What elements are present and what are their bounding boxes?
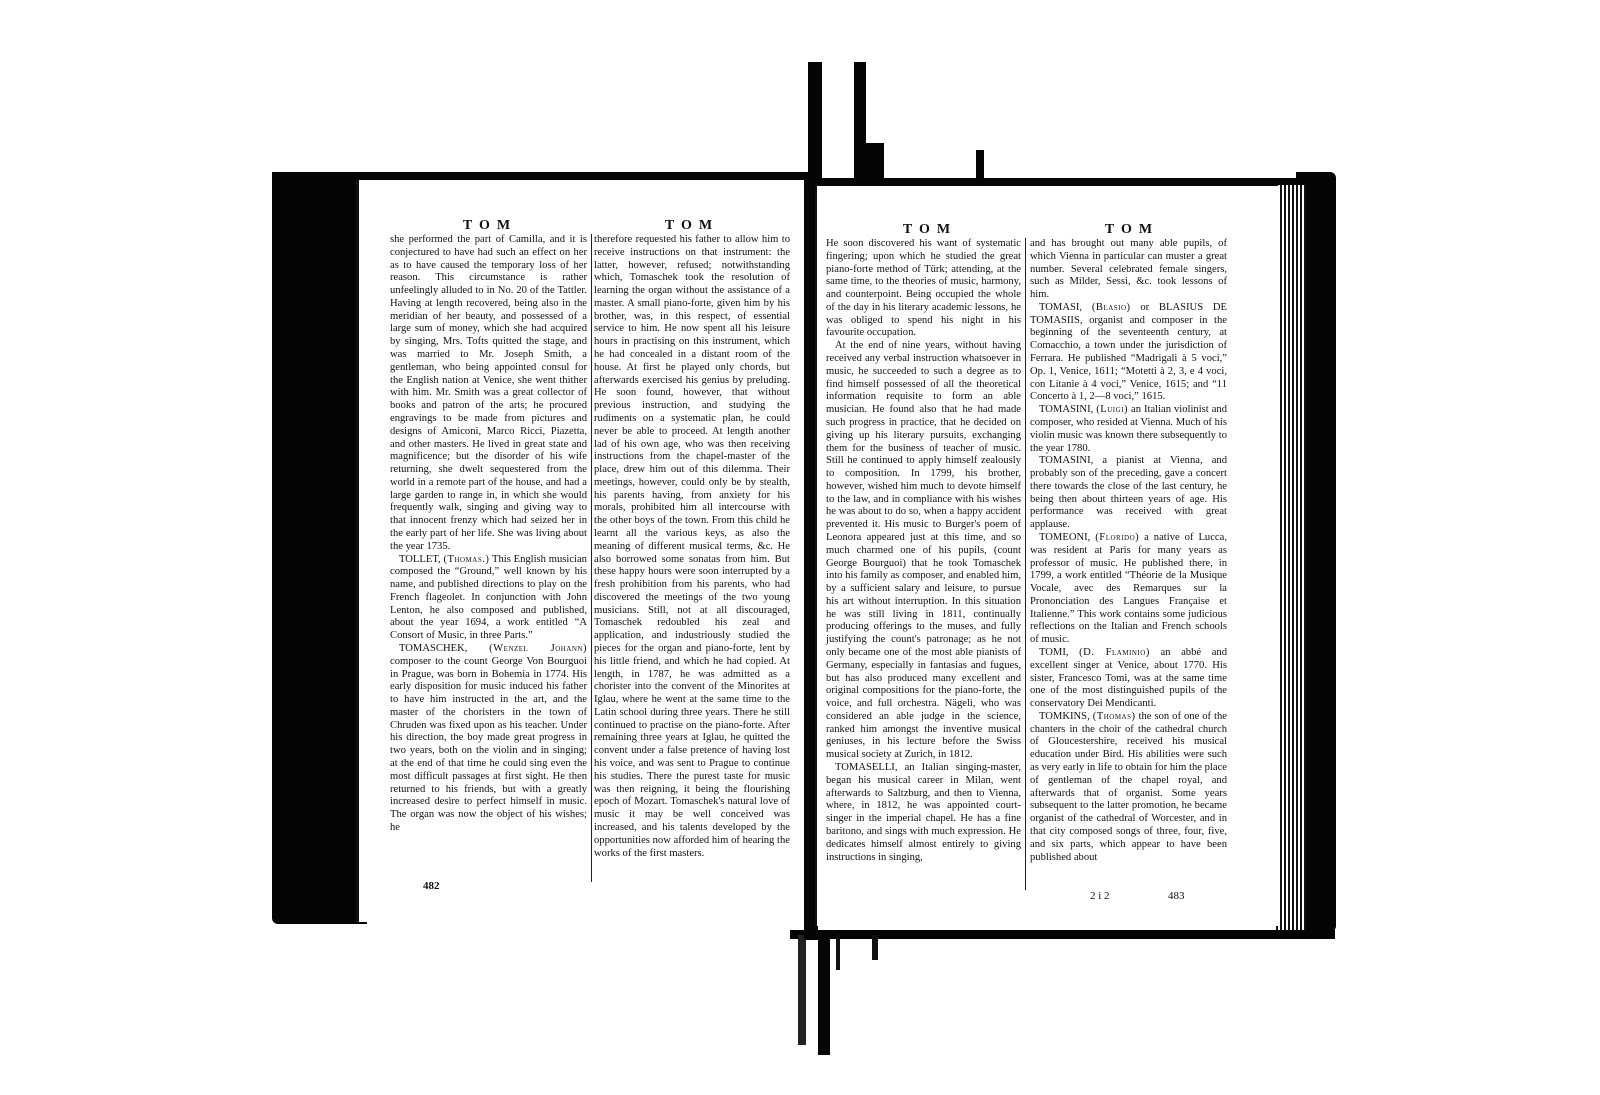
- scan-artifact: [798, 935, 806, 1045]
- book-top-edge-right: [808, 178, 1328, 186]
- paragraph: and has brought out many able pupils, of…: [1030, 238, 1227, 302]
- page-number-left: 482: [423, 880, 440, 892]
- dictionary-entry: TOMASI, (Blasio) or BLASIUS DE TOMASIIS,…: [1030, 302, 1227, 404]
- spine-edge: [854, 62, 866, 184]
- column-rule: [591, 234, 592, 882]
- dictionary-entry: TOLLET, (Thomas.) This English musician …: [390, 554, 587, 643]
- running-head: TOM: [880, 222, 980, 238]
- forename: (Thomas): [1093, 711, 1136, 722]
- headword: TOMASINI,: [1039, 404, 1093, 415]
- paragraph: she performed the part of Camilla, and i…: [390, 234, 587, 554]
- headword: TOMASCHEK,: [399, 643, 467, 654]
- entry-text: composer to the count George Von Bourguo…: [390, 656, 587, 833]
- running-head: TOM: [642, 218, 742, 234]
- running-head: TOM: [1082, 222, 1182, 238]
- scan-artifact: [872, 935, 878, 960]
- headword: TOLLET,: [399, 554, 441, 565]
- column-rule: [1025, 238, 1026, 890]
- signature-mark: 2 i 2: [1090, 890, 1110, 902]
- entry-text: a pianist at Vienna, and probably son of…: [1030, 455, 1227, 530]
- spine-edge: [866, 143, 884, 183]
- dictionary-entry: TOMKINS, (Thomas) the son of one of the …: [1030, 711, 1227, 864]
- headword: TOMI,: [1039, 647, 1069, 658]
- spine-edge: [808, 62, 822, 184]
- scan-artifact: [818, 935, 830, 1055]
- column-3: He soon discovered his want of systemati…: [826, 238, 1021, 864]
- entry-text: an Italian singing-master, began his mus…: [826, 762, 1021, 862]
- entry-text: a native of Lucca, was resident at Paris…: [1030, 532, 1227, 645]
- book-cover-left: [272, 172, 367, 924]
- forename: (D. Flaminio): [1079, 647, 1150, 658]
- dictionary-entry: TOMASCHEK, (Wenzel Johann) composer to t…: [390, 643, 587, 835]
- page-edges-stack: [1276, 185, 1306, 930]
- running-head: TOM: [440, 218, 540, 234]
- dictionary-entry: TOMASINI, a pianist at Vienna, and proba…: [1030, 455, 1227, 532]
- forename: (Blasio): [1092, 302, 1131, 313]
- column-2: therefore requested his father to allow …: [594, 234, 790, 860]
- forename: (Wenzel Johann): [489, 643, 587, 654]
- entry-text: the son of one of the chanters in the ch…: [1030, 711, 1227, 863]
- scan-artifact: [836, 935, 840, 970]
- entry-text: or BLASIUS DE TOMASIIS, organist and com…: [1030, 302, 1227, 402]
- headword: TOMASINI,: [1039, 455, 1093, 466]
- headword: TOMEONI,: [1039, 532, 1090, 543]
- forename: (Luigi): [1096, 404, 1128, 415]
- column-4: and has brought out many able pupils, of…: [1030, 238, 1227, 864]
- entry-text: This English musician composed the “Grou…: [390, 554, 587, 642]
- headword: TOMASELLI,: [835, 762, 897, 773]
- headword: TOMASI,: [1039, 302, 1082, 313]
- dictionary-entry: TOMASELLI, an Italian singing-master, be…: [826, 762, 1021, 864]
- paragraph: therefore requested his father to allow …: [594, 234, 790, 860]
- forename: (Thomas.): [443, 554, 489, 565]
- forename: (Florido): [1095, 532, 1139, 543]
- page-number-right: 483: [1168, 890, 1185, 902]
- paragraph: He soon discovered his want of systemati…: [826, 238, 1021, 340]
- paragraph: At the end of nine years, without having…: [826, 340, 1021, 762]
- headword: TOMKINS,: [1039, 711, 1090, 722]
- dictionary-entry: TOMEONI, (Florido) a native of Lucca, wa…: [1030, 532, 1227, 647]
- dictionary-entry: TOMASINI, (Luigi) an Italian violinist a…: [1030, 404, 1227, 455]
- dictionary-entry: TOMI, (D. Flaminio) an abbé and excellen…: [1030, 647, 1227, 711]
- spine-edge: [976, 150, 984, 180]
- column-1: she performed the part of Camilla, and i…: [390, 234, 587, 835]
